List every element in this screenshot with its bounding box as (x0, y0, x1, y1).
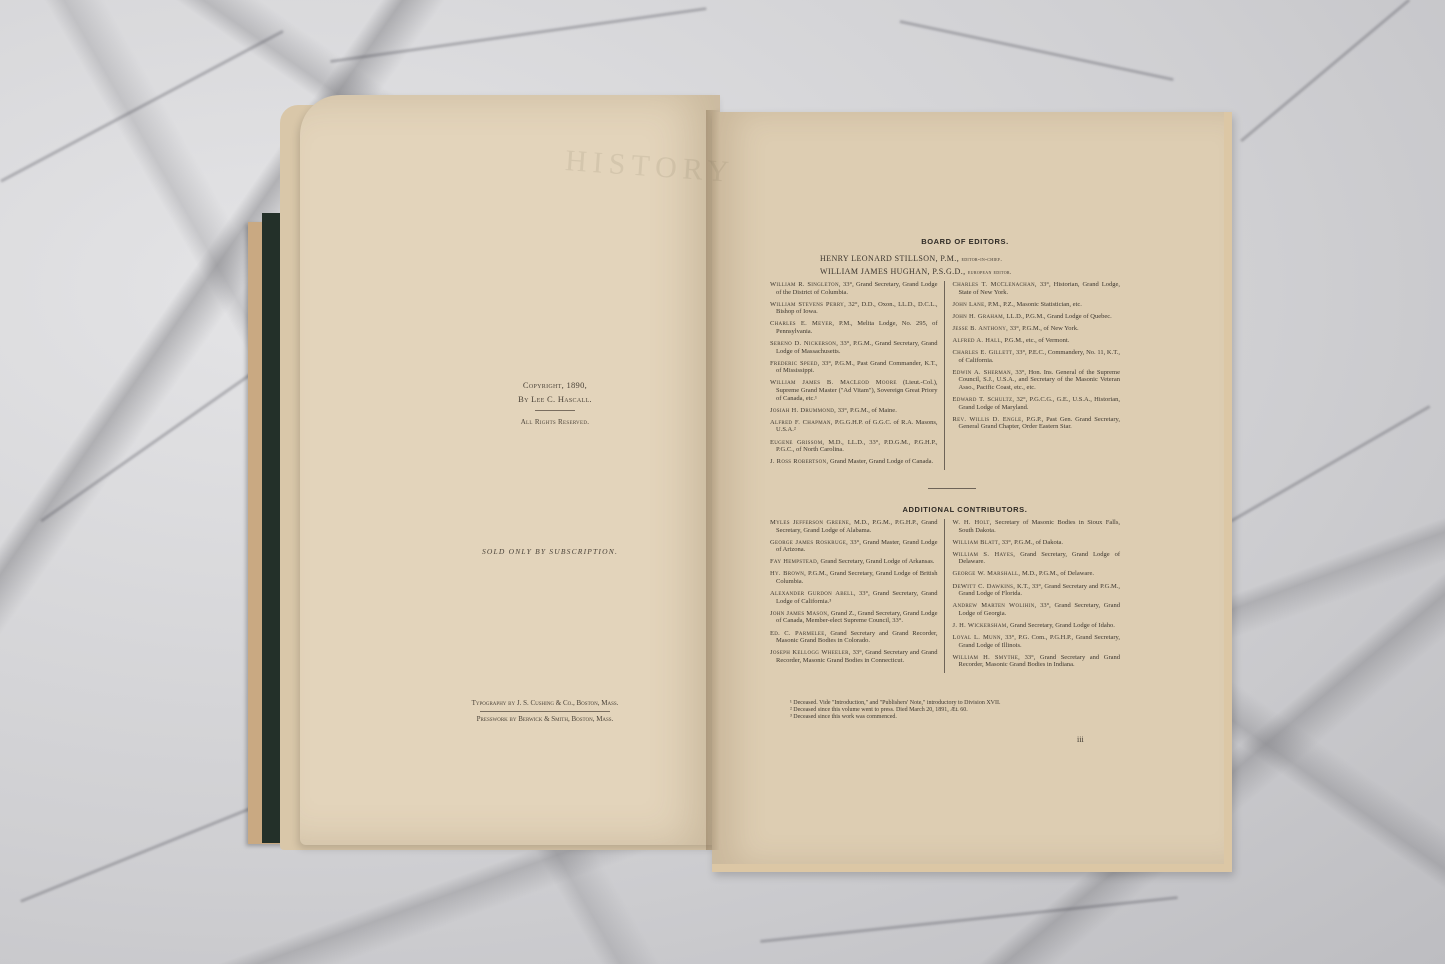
footnote: ¹ Deceased. Vide "Introduction," and "Pu… (790, 700, 1120, 707)
additional-contributors-heading: ADDITIONAL CONTRIBUTORS. (760, 505, 1170, 514)
editor-entry: J. Ross Robertson, Grand Master, Grand L… (770, 458, 938, 466)
contributor-entry: George W. Marshall, M.D., P.G.M., of Del… (953, 570, 1121, 578)
editors-list: William R. Singleton, 33°, Grand Secreta… (770, 281, 1120, 470)
editor-entry: William James B. MacLeod Moore (Lieut.-C… (770, 379, 938, 402)
marble-vein (760, 896, 1178, 943)
editor-entry: Edward T. Schultz, 32°, P.G.C.G., G.E., … (953, 396, 1121, 411)
editor-entry: Jesse B. Anthony, 33°, P.G.M., of New Yo… (953, 325, 1121, 333)
marble-vein (1230, 405, 1431, 523)
editor-entry: Alfred A. Hall, P.G.M., etc., of Vermont… (953, 337, 1121, 345)
contributor-entry: J. H. Wickersham, Grand Secretary, Grand… (953, 622, 1121, 630)
european-editor: WILLIAM JAMES HUGHAN, P.S.G.D., european… (820, 266, 1160, 279)
editor-entry: Alfred F. Chapman, P.G.G.H.P. of G.G.C. … (770, 419, 938, 434)
typography-credit: Typography by J. S. Cushing & Co., Bosto… (430, 697, 660, 710)
sold-by-subscription: SOLD ONLY BY SUBSCRIPTION. (440, 547, 660, 556)
left-page (300, 95, 720, 845)
page-number: iii (1077, 735, 1084, 744)
divider (535, 410, 575, 411)
editor-entry: Charles E. Meyer, P.M., Melita Lodge, No… (770, 320, 938, 335)
contributors-list: Myles Jefferson Greene, M.D., P.G.M., P.… (770, 519, 1120, 673)
editor-entry: Charles T. McClenachan, 33°, Historian, … (953, 281, 1121, 296)
editor-entry: John Lane, P.M., P.Z., Masonic Statistic… (953, 301, 1121, 309)
contributor-entry: Hy. Brown, P.G.M., Grand Secretary, Gran… (770, 570, 938, 585)
editor-entry: Rev. Willis D. Engle, P.G.P., Past Gen. … (953, 416, 1121, 431)
contributor-entry: John James Mason, Grand Z., Grand Secret… (770, 610, 938, 625)
editors-column-left: William R. Singleton, 33°, Grand Secreta… (770, 281, 945, 470)
contributor-entry: Loyal L. Munn, 33°, P.G. Com., P.G.H.P.,… (953, 634, 1121, 649)
editor-entry: William Stevens Perry, 32°, D.D., Oxon.,… (770, 301, 938, 316)
contributor-entry: DeWitt C. Dawkins, K.T., 33°, Grand Secr… (953, 583, 1121, 598)
contributor-entry: William H. Smythe, 33°, Grand Secretary … (953, 654, 1121, 669)
printer-credits: Typography by J. S. Cushing & Co., Bosto… (430, 697, 660, 726)
presswork-credit: Presswork by Berwick & Smith, Boston, Ma… (430, 713, 660, 726)
marble-vein (0, 30, 284, 183)
editor-entry: Josiah H. Drummond, 33°, P.G.M., of Main… (770, 407, 938, 415)
footnote: ³ Deceased since this work was commenced… (790, 714, 1120, 721)
editor-entry: Charles E. Gillett, 33°, P.E.C., Command… (953, 349, 1121, 364)
contributor-entry: Ed. C. Parmelee, Grand Secretary and Gra… (770, 630, 938, 645)
chief-editors: HENRY LEONARD STILLSON, P.M., editor-in-… (820, 253, 1160, 279)
editor-entry: Frederic Speed, 33°, P.G.M., Past Grand … (770, 360, 938, 375)
section-divider (928, 488, 976, 489)
editor-in-chief: HENRY LEONARD STILLSON, P.M., editor-in-… (820, 253, 1160, 266)
book-gutter (706, 110, 720, 850)
copyright-holder: By Lee C. Hascall. (470, 392, 640, 406)
editor-entry: Edwin A. Sherman, 33°, Hon. Ins. General… (953, 369, 1121, 392)
rights-reserved: All Rights Reserved. (470, 415, 640, 429)
marble-vein (330, 7, 707, 63)
contributor-entry: William S. Hayes, Grand Secretary, Grand… (953, 551, 1121, 566)
contributor-entry: W. H. Holt, Secretary of Masonic Bodies … (953, 519, 1121, 534)
board-of-editors-heading: BOARD OF EDITORS. (760, 237, 1170, 246)
editors-column-right: Charles T. McClenachan, 33°, Historian, … (945, 281, 1121, 470)
contributor-entry: Joseph Kellogg Wheeler, 33°, Grand Secre… (770, 649, 938, 664)
editor-entry: William R. Singleton, 33°, Grand Secreta… (770, 281, 938, 296)
marble-vein (1240, 0, 1410, 142)
editor-entry: Eugene Grissom, M.D., LL.D., 33°, P.D.G.… (770, 439, 938, 454)
footnote: ² Deceased since this volume went to pre… (790, 707, 1120, 714)
marble-vein (40, 371, 255, 523)
contributors-column-left: Myles Jefferson Greene, M.D., P.G.M., P.… (770, 519, 945, 673)
divider (480, 711, 610, 712)
contributor-entry: Fay Hempstead, Grand Secretary, Grand Lo… (770, 558, 938, 566)
copyright-block: Copyright, 1890, By Lee C. Hascall. All … (470, 378, 640, 429)
contributors-column-right: W. H. Holt, Secretary of Masonic Bodies … (945, 519, 1121, 673)
contributor-entry: William Blatt, 33°, P.G.M., of Dakota. (953, 539, 1121, 547)
copyright-year: Copyright, 1890, (470, 378, 640, 392)
contributor-entry: George James Roskruge, 33°, Grand Master… (770, 539, 938, 554)
editor-entry: Sereno D. Nickerson, 33°, P.G.M., Grand … (770, 340, 938, 355)
marble-vein (899, 20, 1174, 81)
editor-entry: John H. Graham, LL.D., P.G.M., Grand Lod… (953, 313, 1121, 321)
contributor-entry: Andrew Marten Wolihin, 33°, Grand Secret… (953, 602, 1121, 617)
contributor-entry: Myles Jefferson Greene, M.D., P.G.M., P.… (770, 519, 938, 534)
footnotes: ¹ Deceased. Vide "Introduction," and "Pu… (790, 700, 1120, 721)
contributor-entry: Alexander Gurdon Abell, 33°, Grand Secre… (770, 590, 938, 605)
